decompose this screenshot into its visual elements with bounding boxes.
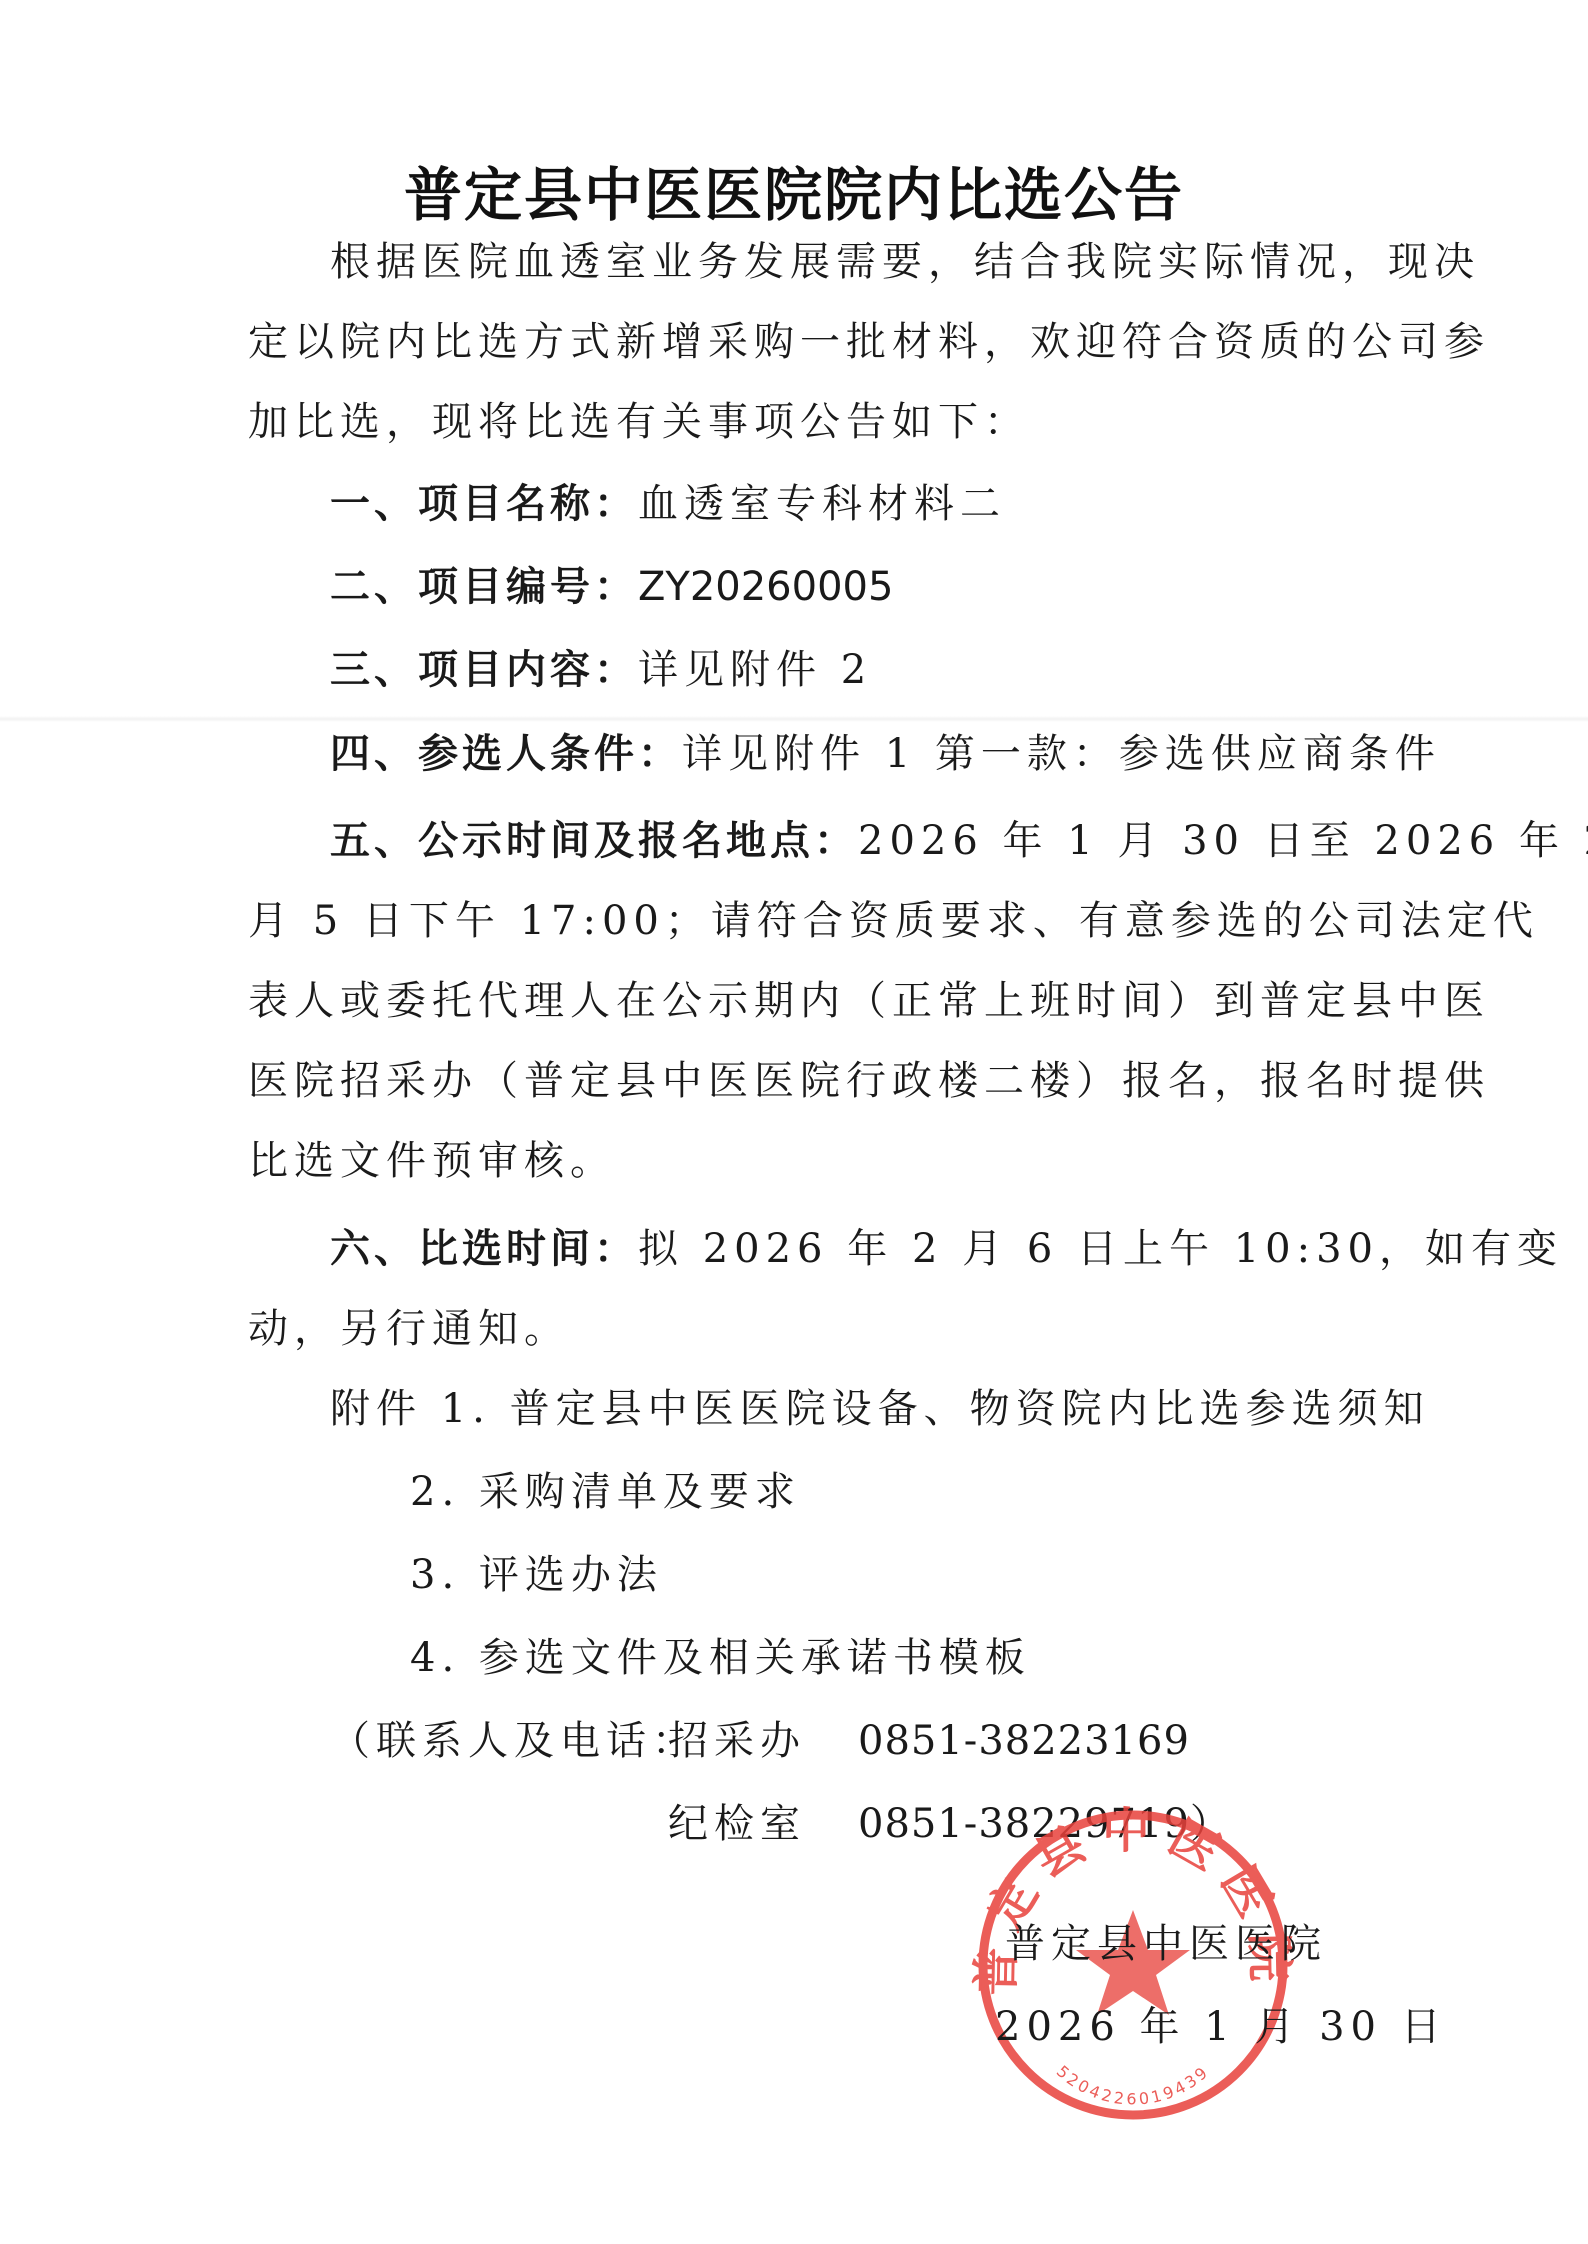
item-bidder-conditions: 四、参选人条件：详见附件 1 第一款：参选供应商条件 xyxy=(330,730,1441,778)
section5-line-5: 比选文件预审核。 xyxy=(248,1137,616,1185)
attachments-prefix: 附件 xyxy=(330,1386,422,1432)
item-project-number: 二、项目编号：ZY20260005 xyxy=(330,563,893,611)
item-label: 二、项目编号： xyxy=(330,564,638,610)
item-value: ZY20260005 xyxy=(638,564,893,610)
section5-value: 2026 年 1 月 30 日至 2026 年 2 xyxy=(858,818,1588,864)
section5-line-3: 表人或委托代理人在公示期内（正常上班时间）到普定县中医 xyxy=(248,977,1375,1025)
item-value: 血透室专科材料二 xyxy=(638,481,1006,527)
item-label: 三、项目内容： xyxy=(330,647,638,693)
contacts-open: （联系人及电话： xyxy=(330,1717,698,1765)
section5-line-1: 五、公示时间及报名地点：2026 年 1 月 30 日至 2026 年 2 xyxy=(330,817,1375,865)
section6-label: 六、比选时间： xyxy=(330,1226,638,1272)
section5-label: 五、公示时间及报名地点： xyxy=(330,818,858,864)
contact-phone-procurement: 0851-38223169 xyxy=(858,1717,1190,1765)
intro-line-1: 根据医院血透室业务发展需要，结合我院实际情况，现决 xyxy=(330,238,1375,286)
section6-line-2: 动，另行通知。 xyxy=(248,1305,570,1353)
contact-dept-procurement: 招采办 xyxy=(668,1717,806,1765)
section6-value: 拟 2026 年 2 月 6 日上午 10:30，如有变 xyxy=(638,1226,1563,1272)
item-label: 四、参选人条件： xyxy=(330,731,682,777)
item-project-content: 三、项目内容：详见附件 2 xyxy=(330,646,872,694)
signature-date: 2026 年 1 月 30 日 xyxy=(995,1995,1447,2052)
contact-phone-discipline: 0851-38229719） xyxy=(858,1800,1231,1848)
section5-line-2: 月 5 日下午 17:00；请符合资质要求、有意参选的公司法定代 xyxy=(248,897,1375,945)
contact-dept-discipline: 纪检室 xyxy=(668,1800,806,1848)
attachment-3: 3. 评选办法 xyxy=(410,1551,663,1599)
document-page: 普定县中医医院院内比选公告 根据医院血透室业务发展需要，结合我院实际情况，现决 … xyxy=(0,0,1588,2244)
section6-line-1: 六、比选时间：拟 2026 年 2 月 6 日上午 10:30，如有变 xyxy=(330,1225,1360,1273)
intro-line-2: 定以院内比选方式新增采购一批材料，欢迎符合资质的公司参 xyxy=(248,318,1375,366)
page-title: 普定县中医医院院内比选公告 xyxy=(0,148,1588,232)
attachment-4: 4. 参选文件及相关承诺书模板 xyxy=(410,1634,1031,1682)
attachment-2: 2. 采购清单及要求 xyxy=(410,1468,801,1516)
signature-org: 普定县中医医院 xyxy=(1005,1912,1327,1969)
item-value: 详见附件 1 第一款：参选供应商条件 xyxy=(682,731,1441,777)
intro-line-3: 加比选，现将比选有关事项公告如下： xyxy=(248,398,1030,446)
attachment-item: 1. 普定县中医医院设备、物资院内比选参选须知 xyxy=(441,1386,1430,1432)
attachment-1: 附件 1. 普定县中医医院设备、物资院内比选参选须知 xyxy=(330,1385,1430,1433)
item-label: 一、项目名称： xyxy=(330,481,638,527)
svg-text:5204226019439: 5204226019439 xyxy=(1053,2062,1213,2109)
item-project-name: 一、项目名称：血透室专科材料二 xyxy=(330,480,1006,528)
scan-artifact xyxy=(0,716,1588,722)
section5-line-4: 医院招采办（普定县中医医院行政楼二楼）报名，报名时提供 xyxy=(248,1057,1375,1105)
item-value: 详见附件 2 xyxy=(638,647,872,693)
